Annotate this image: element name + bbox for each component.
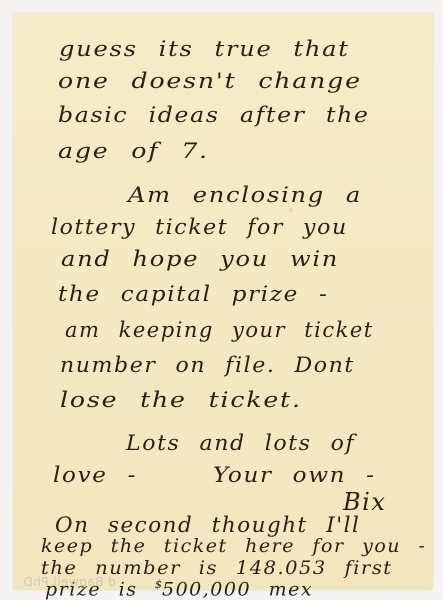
- letter-line: lose the ticket.: [60, 390, 302, 411]
- letter-line: one doesn't change: [58, 71, 362, 92]
- perforated-edge: [13, 11, 433, 15]
- letter-line: and hope you win: [61, 249, 339, 270]
- letter-line: basic ideas after the: [58, 105, 370, 126]
- paper-stain: [289, 208, 293, 212]
- letter-page: guess its true that one doesn't change b…: [13, 13, 433, 590]
- letter-line: Lots and lots of: [126, 433, 355, 454]
- letter-line: number on file. Dont: [60, 355, 355, 376]
- letter-line: age of 7.: [58, 141, 209, 162]
- letter-line: love -: [53, 465, 137, 486]
- letter-line: Am enclosing a: [128, 185, 362, 206]
- signature: Bix: [343, 490, 386, 514]
- bleed-through-stamp: d Bagwell PhD: [23, 575, 116, 589]
- postscript-line: keep the ticket here for you -: [41, 537, 426, 556]
- letter-line: guess its true that: [59, 39, 350, 60]
- letter-line: the capital prize -: [58, 284, 328, 305]
- letter-line: lottery ticket for you: [51, 217, 348, 238]
- postscript-line: On second thought I'll: [55, 515, 360, 536]
- letter-line: am keeping your ticket: [65, 320, 374, 341]
- dollar-sign: $: [155, 578, 162, 591]
- letter-line: Your own -: [213, 465, 376, 486]
- prize-amount: 500,000 mex: [162, 578, 313, 600]
